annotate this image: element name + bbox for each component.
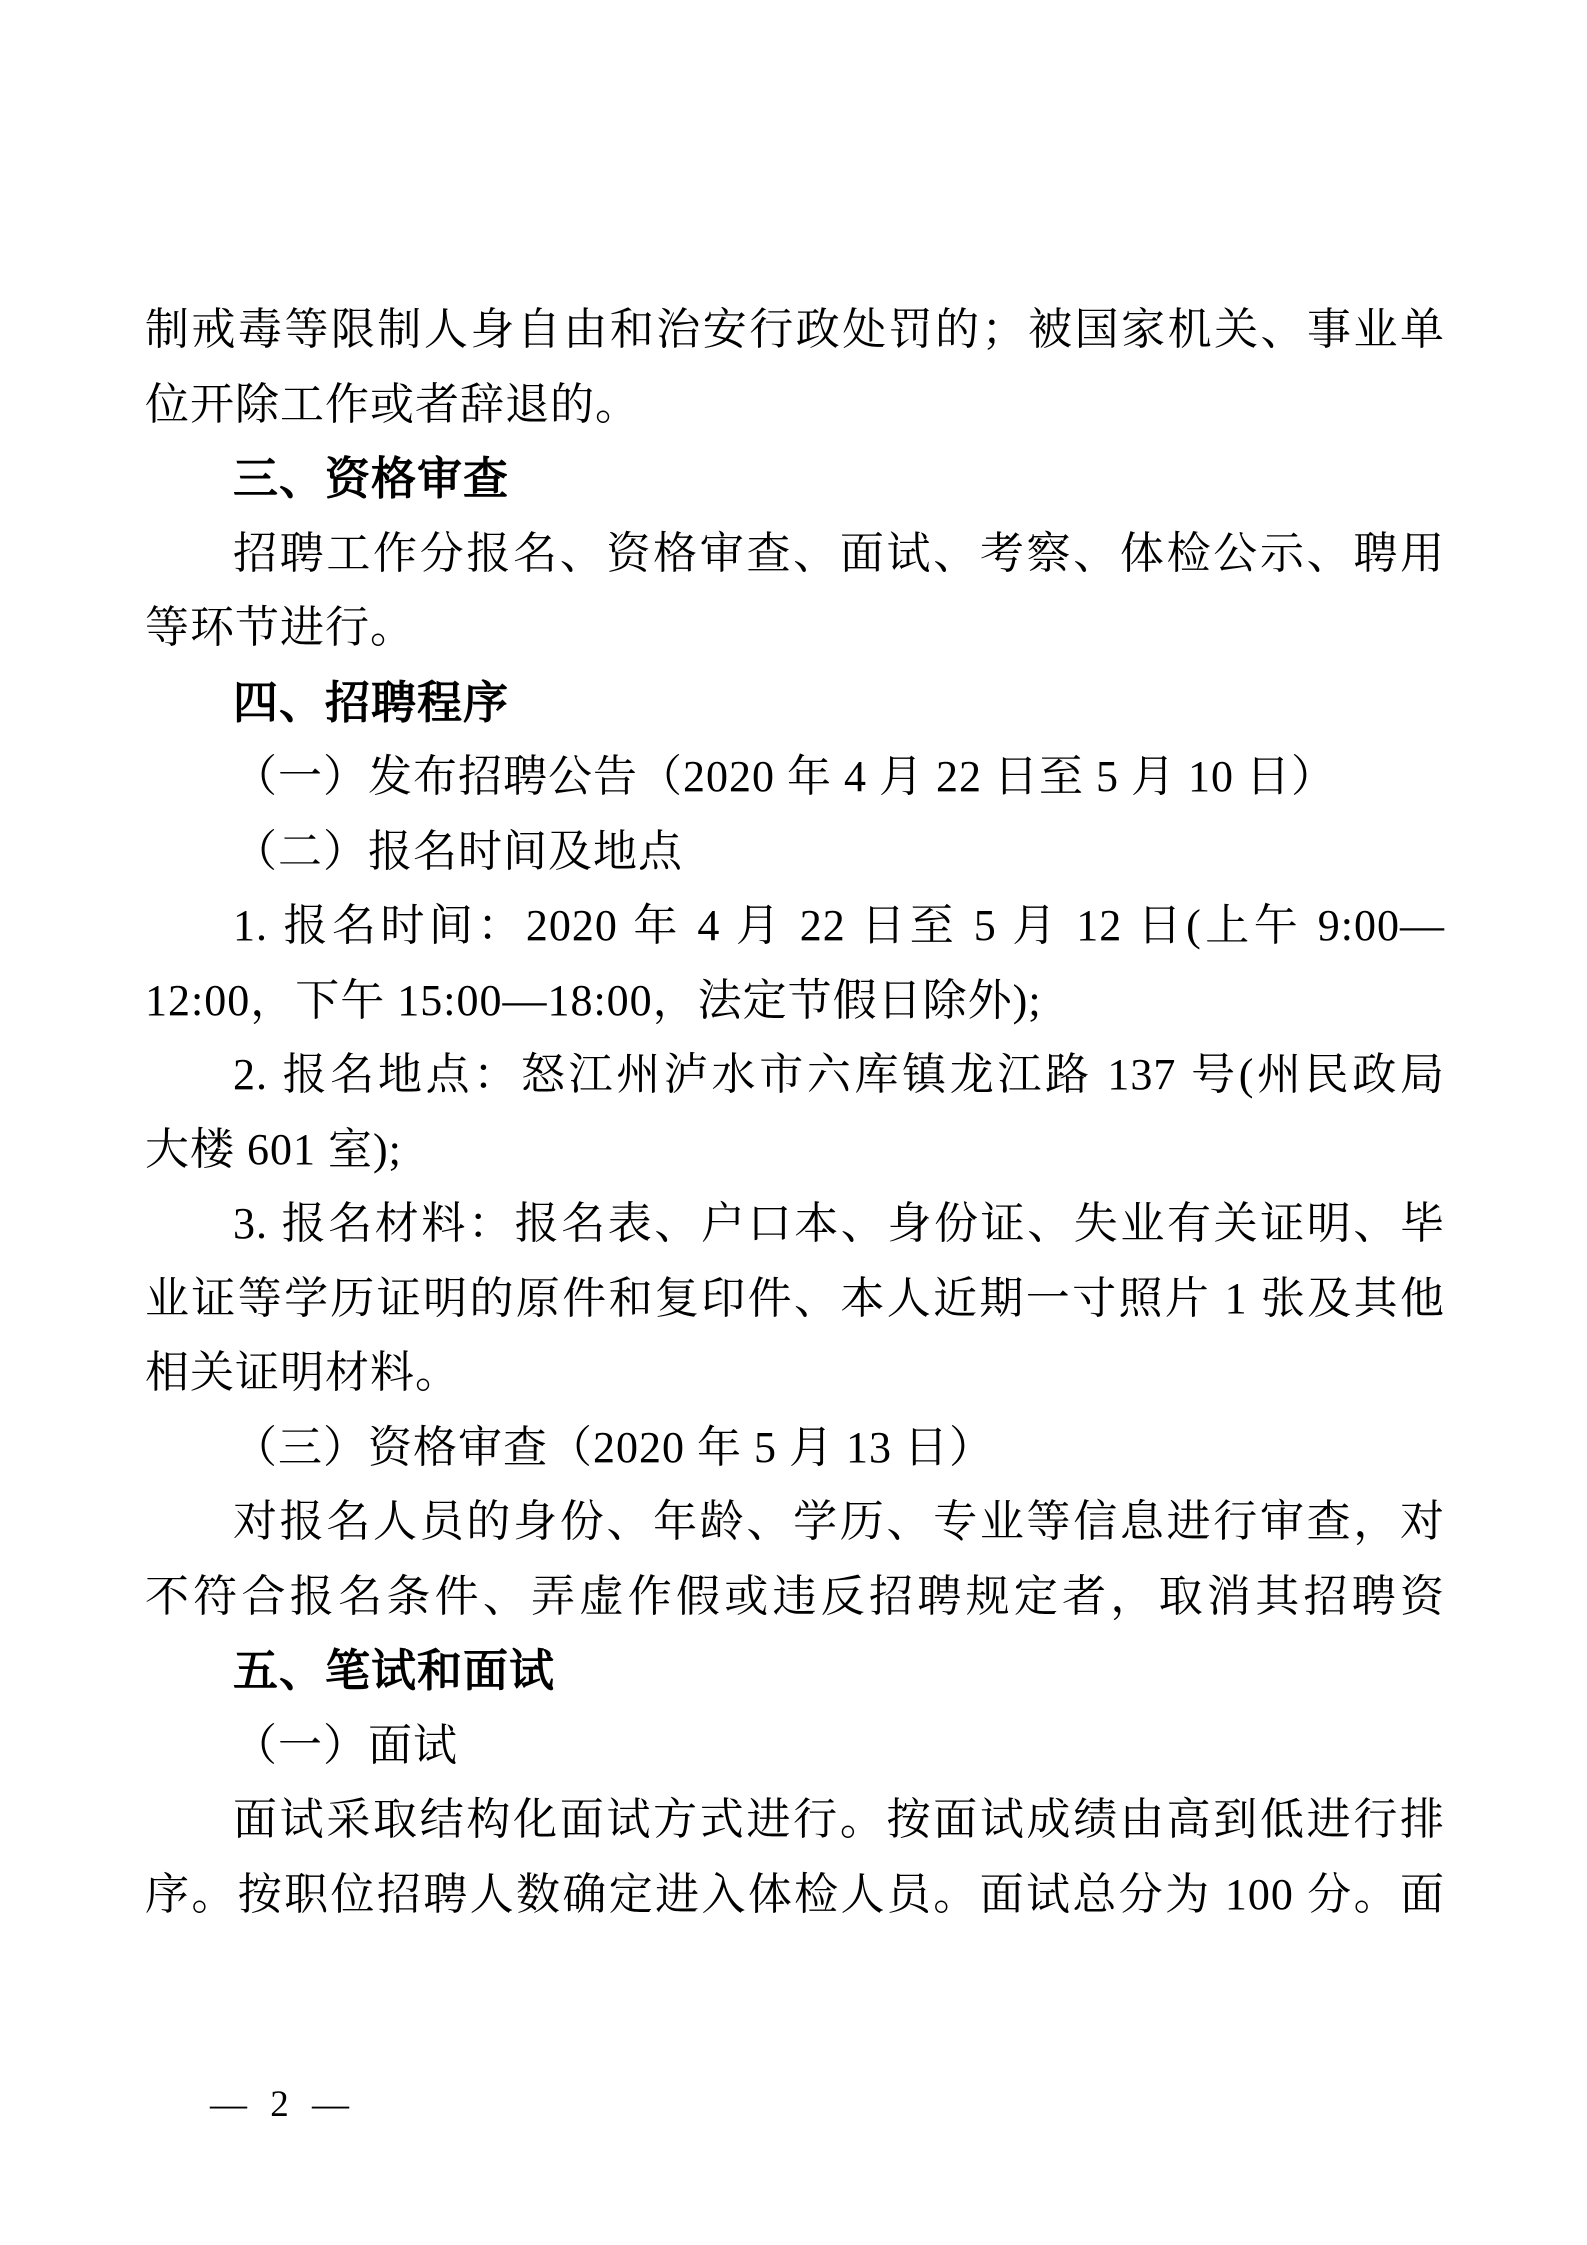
section-heading: 五、笔试和面试	[145, 1634, 1445, 1709]
text-line: 等环节进行。	[145, 591, 1445, 666]
text-line: （三）资格审查（2020 年 5 月 13 日）	[145, 1411, 1445, 1486]
text-line: 大楼 601 室);	[145, 1113, 1445, 1188]
text-line: （一）面试	[145, 1709, 1445, 1784]
text-line: （一）发布招聘公告（2020 年 4 月 22 日至 5 月 10 日）	[145, 740, 1445, 815]
text-line: 面试采取结构化面试方式进行。按面试成绩由高到低进行排	[145, 1783, 1445, 1858]
text-line: 3. 报名材料：报名表、户口本、身份证、失业有关证明、毕	[145, 1187, 1445, 1262]
document-page: 制戒毒等限制人身自由和治安行政处罚的；被国家机关、事业单 位开除工作或者辞退的。…	[0, 0, 1587, 2245]
text-line: 位开除工作或者辞退的。	[145, 368, 1445, 443]
text-line: 12:00，下午 15:00—18:00，法定节假日除外);	[145, 964, 1445, 1039]
text-line: 业证等学历证明的原件和复印件、本人近期一寸照片 1 张及其他	[145, 1262, 1445, 1337]
section-heading: 四、招聘程序	[145, 666, 1445, 741]
page-number: — 2 —	[210, 2081, 356, 2129]
text-line: 招聘工作分报名、资格审查、面试、考察、体检公示、聘用	[145, 517, 1445, 592]
section-heading: 三、资格审查	[145, 442, 1445, 517]
text-line: 序。按职位招聘人数确定进入体检人员。面试总分为 100 分。面	[145, 1858, 1445, 1933]
text-line: 对报名人员的身份、年龄、学历、专业等信息进行审查，对	[145, 1485, 1445, 1560]
text-line: 相关证明材料。	[145, 1336, 1445, 1411]
text-line: （二）报名时间及地点	[145, 815, 1445, 890]
text-line: 2. 报名地点：怒江州泸水市六库镇龙江路 137 号(州民政局	[145, 1038, 1445, 1113]
text-line: 不符合报名条件、弄虚作假或违反招聘规定者，取消其招聘资格。	[145, 1560, 1445, 1635]
document-body: 制戒毒等限制人身自由和治安行政处罚的；被国家机关、事业单 位开除工作或者辞退的。…	[145, 293, 1445, 1932]
text-line: 制戒毒等限制人身自由和治安行政处罚的；被国家机关、事业单	[145, 293, 1445, 368]
text-line: 1. 报名时间：2020 年 4 月 22 日至 5 月 12 日(上午 9:0…	[145, 889, 1445, 964]
